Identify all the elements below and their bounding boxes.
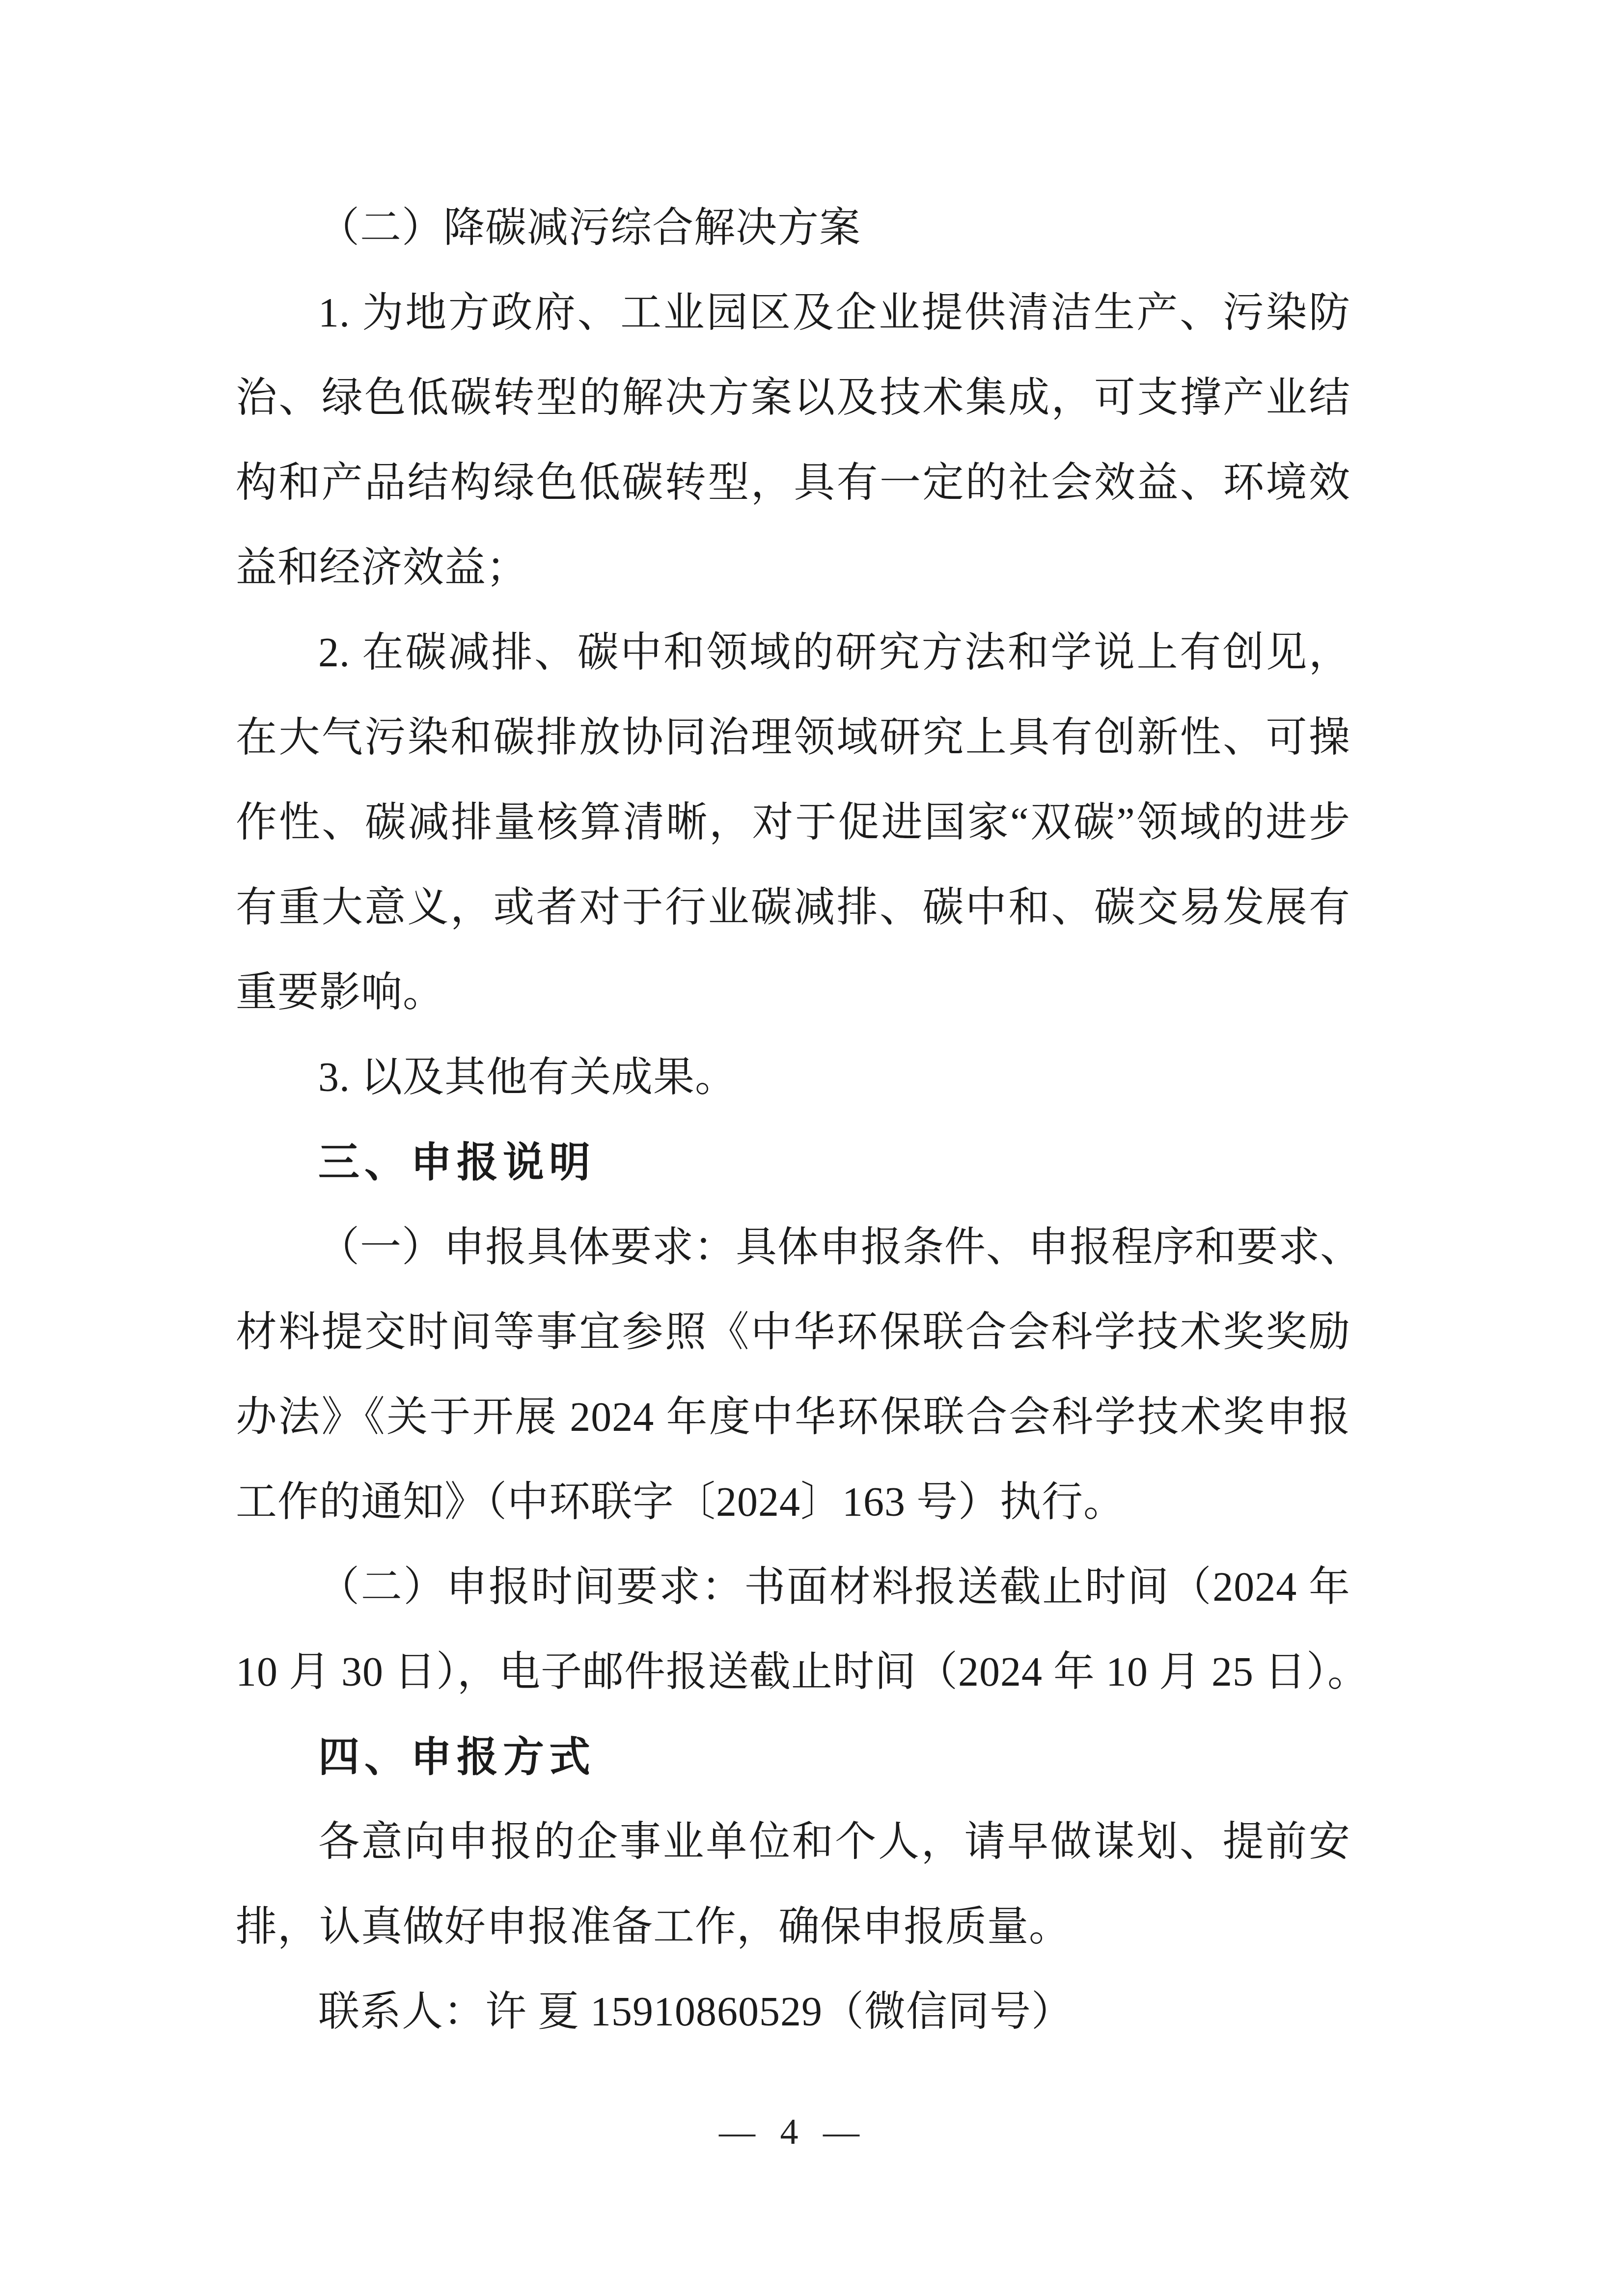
item-3-line-1: 3. 以及其他有关成果。 — [236, 1035, 1350, 1120]
page-footer: — 4 — — [236, 2103, 1350, 2161]
subsection-2-heading: （二）降碳减污综合解决方案 — [236, 186, 1350, 271]
section-4-heading: 四、申报方式 — [236, 1715, 1350, 1800]
item-2-line-1: 2. 在碳减排、碳中和领域的研究方法和学说上有创见， — [236, 610, 1350, 695]
item-1-line-1: 1. 为地方政府、工业园区及企业提供清洁生产、污染防 — [236, 271, 1350, 355]
item-2-line-5: 重要影响。 — [236, 950, 1350, 1035]
sec3-para-1-line-1: （一）申报具体要求：具体申报条件、申报程序和要求、 — [236, 1205, 1350, 1290]
sec3-para-1-line-3: 办法》《关于开展 2024 年度中华环保联合会科学技术奖申报 — [236, 1375, 1350, 1460]
document-body: （二）降碳减污综合解决方案1. 为地方政府、工业园区及企业提供清洁生产、污染防治… — [236, 186, 1350, 2054]
sec4-para-1-line-1: 各意向申报的企事业单位和个人，请早做谋划、提前安 — [236, 1800, 1350, 1885]
sec3-para-1-line-4: 工作的通知》（中环联字〔2024〕163 号）执行。 — [236, 1460, 1350, 1545]
sec3-para-2-line-1: （二）申报时间要求：书面材料报送截止时间（2024 年 — [236, 1545, 1350, 1630]
sec3-para-1-line-2: 材料提交时间等事宜参照《中华环保联合会科学技术奖奖励 — [236, 1290, 1350, 1375]
item-1-line-4: 益和经济效益； — [236, 525, 1350, 610]
item-2-line-3: 作性、碳减排量核算清晰，对于促进国家“双碳”领域的进步 — [236, 780, 1350, 865]
item-1-line-2: 治、绿色低碳转型的解决方案以及技术集成，可支撑产业结 — [236, 355, 1350, 440]
contact-line: 联系人：许 夏 15910860529（微信同号） — [236, 1969, 1350, 2054]
scanned-document-page: （二）降碳减污综合解决方案1. 为地方政府、工业园区及企业提供清洁生产、污染防治… — [0, 0, 1624, 2296]
item-2-line-4: 有重大意义，或者对于行业碳减排、碳中和、碳交易发展有 — [236, 865, 1350, 950]
item-1-line-3: 构和产品结构绿色低碳转型，具有一定的社会效益、环境效 — [236, 440, 1350, 525]
sec4-para-1-line-2: 排，认真做好申报准备工作，确保申报质量。 — [236, 1885, 1350, 1969]
page-number: — 4 — — [719, 2112, 867, 2152]
sec3-para-2-line-2: 10 月 30 日），电子邮件报送截止时间（2024 年 10 月 25 日）。 — [236, 1630, 1350, 1715]
item-2-line-2: 在大气污染和碳排放协同治理领域研究上具有创新性、可操 — [236, 695, 1350, 780]
section-3-heading: 三、申报说明 — [236, 1120, 1350, 1205]
